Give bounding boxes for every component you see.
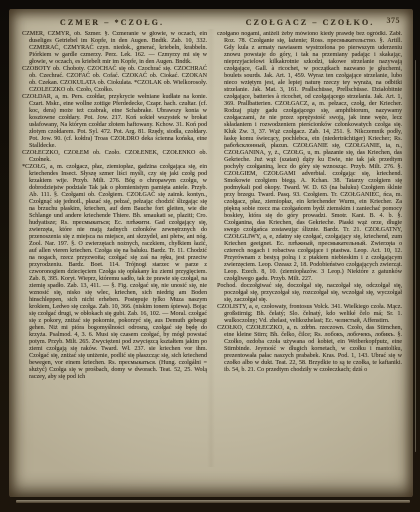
dictionary-entry: Pochod. doczołgiwać się, doczołgał się, … [217,283,402,304]
scan-background: CZMER – *CZOŁG. CZOŁGACZ – CZOŁKO. 375 C… [0,0,420,512]
page-number: 375 [387,16,401,25]
page-stack-edge [16,500,410,503]
dictionary-entry: CZOLISTY, a, e, czołowaty, frontosus Vol… [217,304,402,325]
dictionary-entry: CZOBOTY ob. Choboty. CZOCHAĆ się ob. Czo… [22,66,207,94]
dictionary-entry: czołgano nogami, aniżeli żeby mówiono ki… [217,31,402,283]
running-header: CZMER – *CZOŁG. CZOŁGACZ – CZOŁKO. 375 [13,16,409,28]
book-page: CZMER – *CZOŁG. CZOŁGACZ – CZOŁKO. 375 C… [9,9,413,497]
header-right-title: CZOŁGACZ – CZOŁKO. [211,18,409,27]
dictionary-entry: CZMER, CZMYR, ob. Szmer. §. Czmeranie w … [22,31,207,66]
dictionary-entry: CZOŁECZKO, CZOŁEM ob. Czoło. CZOŁENEK, C… [22,150,207,164]
dictionary-entry: *CZOŁG, a, m. czołgacz, płaz, ziemiopłaz… [22,164,207,381]
dictionary-entry: CZOŁKO, CZOŁECZKO, a, n. zdrbn. rzeczown… [217,325,402,374]
column-right: czołgano nogami, aniżeli żeby mówiono ki… [217,31,402,471]
text-columns: CZMER, CZMYR, ob. Szmer. §. Czmeranie w … [22,31,402,471]
page-edge-highlight [415,60,417,452]
dictionary-entry: CZOŁDAR, a, m. Pers. czołdar, przykrycie… [22,94,207,150]
header-left-title: CZMER – *CZOŁG. [13,18,211,27]
column-left: CZMER, CZMYR, ob. Szmer. §. Czmeranie w … [22,31,207,471]
